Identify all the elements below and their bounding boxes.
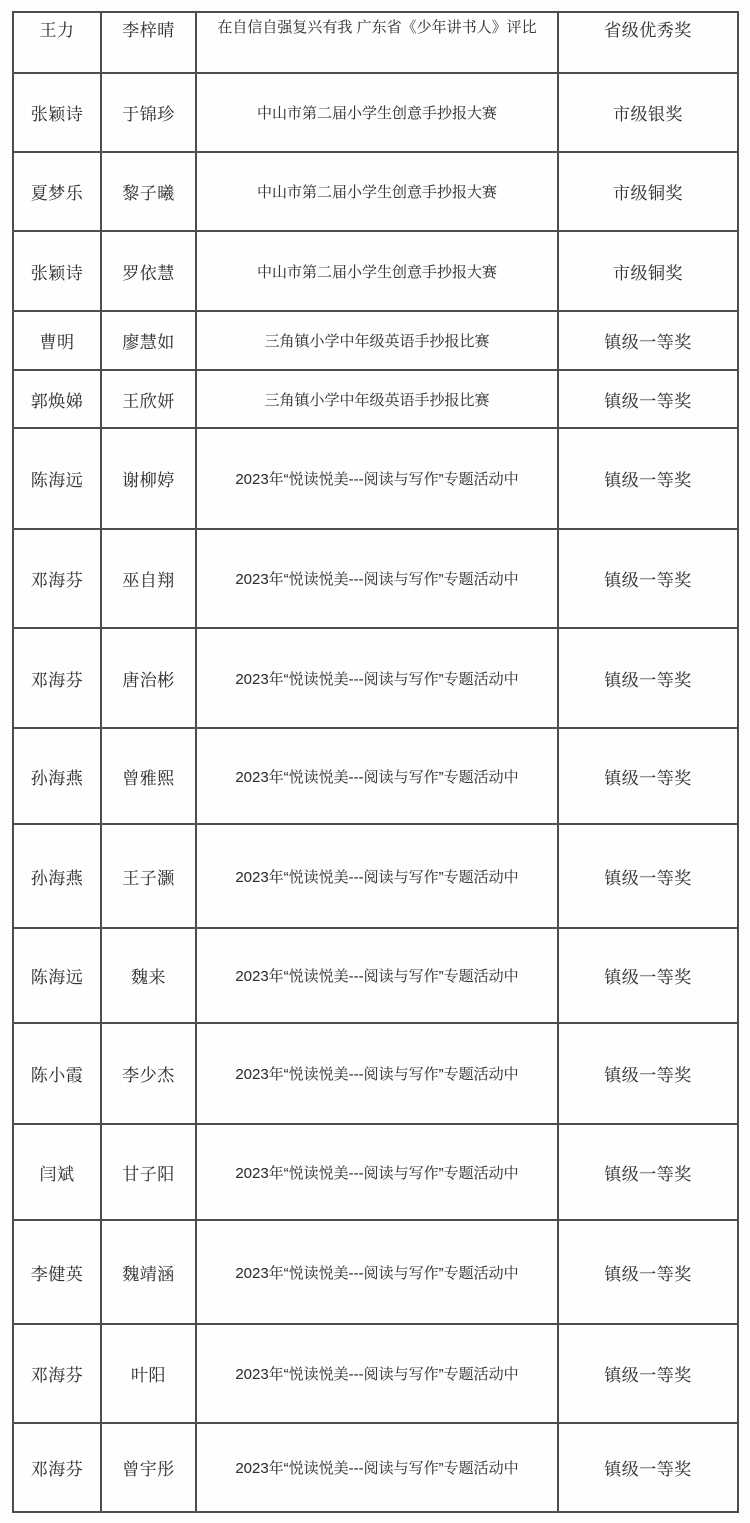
table-row: 邓海芬曾宇彤2023年“悦读悦美---阅读与写作”专题活动中镇级一等奖 xyxy=(13,1423,738,1512)
student-cell: 曾雅熙 xyxy=(101,728,196,824)
table-row: 陈海远魏来2023年“悦读悦美---阅读与写作”专题活动中镇级一等奖 xyxy=(13,928,738,1023)
table-row: 邓海芬唐治彬2023年“悦读悦美---阅读与写作”专题活动中镇级一等奖 xyxy=(13,628,738,728)
table-row: 夏梦乐黎子曦中山市第二届小学生创意手抄报大赛市级铜奖 xyxy=(13,152,738,231)
award-cell: 镇级一等奖 xyxy=(558,529,738,628)
teacher-cell: 曹明 xyxy=(13,311,101,370)
teacher-cell: 张颖诗 xyxy=(13,73,101,152)
table-row: 邓海芬叶阳2023年“悦读悦美---阅读与写作”专题活动中镇级一等奖 xyxy=(13,1324,738,1423)
table-row: 王力李梓晴在自信自强复兴有我 广东省《少年讲书人》评比省级优秀奖 xyxy=(13,12,738,73)
award-cell: 省级优秀奖 xyxy=(558,12,738,73)
award-cell: 市级银奖 xyxy=(558,73,738,152)
award-cell: 镇级一等奖 xyxy=(558,628,738,728)
teacher-cell: 陈海远 xyxy=(13,428,101,529)
awards-table: 王力李梓晴在自信自强复兴有我 广东省《少年讲书人》评比省级优秀奖张颖诗于锦珍中山… xyxy=(12,11,739,1513)
student-cell: 李少杰 xyxy=(101,1023,196,1124)
award-cell: 市级铜奖 xyxy=(558,152,738,231)
teacher-cell: 夏梦乐 xyxy=(13,152,101,231)
activity-cell: 2023年“悦读悦美---阅读与写作”专题活动中 xyxy=(196,824,558,928)
activity-cell: 2023年“悦读悦美---阅读与写作”专题活动中 xyxy=(196,628,558,728)
teacher-cell: 孙海燕 xyxy=(13,824,101,928)
activity-cell: 在自信自强复兴有我 广东省《少年讲书人》评比 xyxy=(196,12,558,73)
student-cell: 叶阳 xyxy=(101,1324,196,1423)
teacher-cell: 邓海芬 xyxy=(13,529,101,628)
activity-cell: 2023年“悦读悦美---阅读与写作”专题活动中 xyxy=(196,928,558,1023)
award-cell: 镇级一等奖 xyxy=(558,1023,738,1124)
student-cell: 王子灏 xyxy=(101,824,196,928)
teacher-cell: 闫斌 xyxy=(13,1124,101,1220)
award-cell: 镇级一等奖 xyxy=(558,928,738,1023)
table-row: 闫斌甘子阳2023年“悦读悦美---阅读与写作”专题活动中镇级一等奖 xyxy=(13,1124,738,1220)
activity-cell: 2023年“悦读悦美---阅读与写作”专题活动中 xyxy=(196,728,558,824)
activity-cell: 中山市第二届小学生创意手抄报大赛 xyxy=(196,152,558,231)
table-row: 陈小霞李少杰2023年“悦读悦美---阅读与写作”专题活动中镇级一等奖 xyxy=(13,1023,738,1124)
activity-cell: 2023年“悦读悦美---阅读与写作”专题活动中 xyxy=(196,1324,558,1423)
student-cell: 魏靖涵 xyxy=(101,1220,196,1324)
table-row: 孙海燕曾雅熙2023年“悦读悦美---阅读与写作”专题活动中镇级一等奖 xyxy=(13,728,738,824)
table-row: 陈海远谢柳婷2023年“悦读悦美---阅读与写作”专题活动中镇级一等奖 xyxy=(13,428,738,529)
teacher-cell: 孙海燕 xyxy=(13,728,101,824)
award-cell: 市级铜奖 xyxy=(558,231,738,311)
teacher-cell: 邓海芬 xyxy=(13,628,101,728)
activity-cell: 2023年“悦读悦美---阅读与写作”专题活动中 xyxy=(196,529,558,628)
student-cell: 巫自翔 xyxy=(101,529,196,628)
student-cell: 甘子阳 xyxy=(101,1124,196,1220)
table-row: 邓海芬巫自翔2023年“悦读悦美---阅读与写作”专题活动中镇级一等奖 xyxy=(13,529,738,628)
table-row: 张颖诗罗依慧中山市第二届小学生创意手抄报大赛市级铜奖 xyxy=(13,231,738,311)
table-row: 李健英魏靖涵2023年“悦读悦美---阅读与写作”专题活动中镇级一等奖 xyxy=(13,1220,738,1324)
award-cell: 镇级一等奖 xyxy=(558,1220,738,1324)
table-row: 孙海燕王子灏2023年“悦读悦美---阅读与写作”专题活动中镇级一等奖 xyxy=(13,824,738,928)
teacher-cell: 郭焕娣 xyxy=(13,370,101,428)
teacher-cell: 陈小霞 xyxy=(13,1023,101,1124)
award-cell: 镇级一等奖 xyxy=(558,728,738,824)
activity-cell: 2023年“悦读悦美---阅读与写作”专题活动中 xyxy=(196,1220,558,1324)
student-cell: 唐治彬 xyxy=(101,628,196,728)
teacher-cell: 张颖诗 xyxy=(13,231,101,311)
document-page: 王力李梓晴在自信自强复兴有我 广东省《少年讲书人》评比省级优秀奖张颖诗于锦珍中山… xyxy=(0,0,750,1523)
teacher-cell: 王力 xyxy=(13,12,101,73)
award-cell: 镇级一等奖 xyxy=(558,370,738,428)
teacher-cell: 邓海芬 xyxy=(13,1423,101,1512)
award-cell: 镇级一等奖 xyxy=(558,1124,738,1220)
student-cell: 李梓晴 xyxy=(101,12,196,73)
award-cell: 镇级一等奖 xyxy=(558,428,738,529)
activity-cell: 2023年“悦读悦美---阅读与写作”专题活动中 xyxy=(196,1423,558,1512)
activity-cell: 中山市第二届小学生创意手抄报大赛 xyxy=(196,231,558,311)
student-cell: 王欣妍 xyxy=(101,370,196,428)
student-cell: 魏来 xyxy=(101,928,196,1023)
student-cell: 罗依慧 xyxy=(101,231,196,311)
activity-cell: 中山市第二届小学生创意手抄报大赛 xyxy=(196,73,558,152)
activity-cell: 2023年“悦读悦美---阅读与写作”专题活动中 xyxy=(196,1124,558,1220)
activity-cell: 三角镇小学中年级英语手抄报比赛 xyxy=(196,370,558,428)
award-cell: 镇级一等奖 xyxy=(558,1324,738,1423)
award-cell: 镇级一等奖 xyxy=(558,824,738,928)
table-row: 郭焕娣王欣妍三角镇小学中年级英语手抄报比赛镇级一等奖 xyxy=(13,370,738,428)
activity-cell: 2023年“悦读悦美---阅读与写作”专题活动中 xyxy=(196,428,558,529)
student-cell: 曾宇彤 xyxy=(101,1423,196,1512)
award-cell: 镇级一等奖 xyxy=(558,1423,738,1512)
student-cell: 于锦珍 xyxy=(101,73,196,152)
teacher-cell: 陈海远 xyxy=(13,928,101,1023)
student-cell: 廖慧如 xyxy=(101,311,196,370)
table-row: 张颖诗于锦珍中山市第二届小学生创意手抄报大赛市级银奖 xyxy=(13,73,738,152)
activity-cell: 三角镇小学中年级英语手抄报比赛 xyxy=(196,311,558,370)
teacher-cell: 李健英 xyxy=(13,1220,101,1324)
student-cell: 黎子曦 xyxy=(101,152,196,231)
table-row: 曹明廖慧如三角镇小学中年级英语手抄报比赛镇级一等奖 xyxy=(13,311,738,370)
student-cell: 谢柳婷 xyxy=(101,428,196,529)
award-cell: 镇级一等奖 xyxy=(558,311,738,370)
activity-cell: 2023年“悦读悦美---阅读与写作”专题活动中 xyxy=(196,1023,558,1124)
teacher-cell: 邓海芬 xyxy=(13,1324,101,1423)
